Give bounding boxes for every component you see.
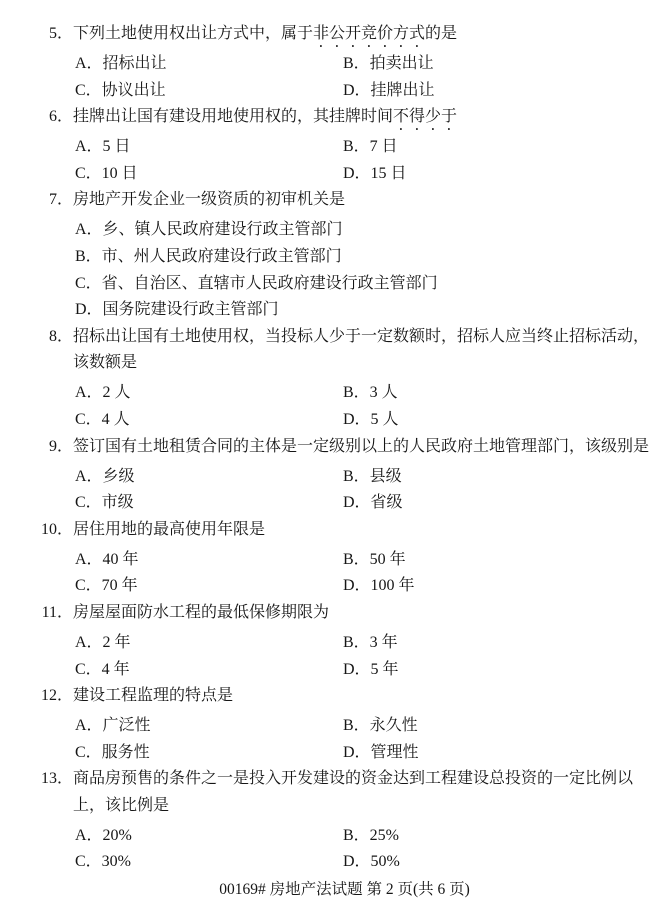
- option-b: B．7 日: [343, 134, 398, 161]
- question-number: 6．: [33, 104, 73, 131]
- option-d: D．5 年: [343, 657, 399, 684]
- question-number: 13．: [33, 766, 73, 793]
- question-stem: 挂牌出让国有建设用地使用权的，其挂牌时间不得少于: [73, 104, 457, 134]
- option-d: D．国务院建设行政主管部门: [75, 297, 279, 324]
- option-a: A．招标出让: [75, 51, 343, 78]
- option-a: A．广泛性: [75, 713, 343, 740]
- question-6: 6． 挂牌出让国有建设用地使用权的，其挂牌时间不得少于 A．5 日 B．7 日 …: [33, 104, 656, 187]
- stem-text: 居住用地的最高使用年限是: [73, 521, 265, 538]
- stem-text: 的是: [425, 25, 457, 42]
- option-c: C．协议出让: [75, 78, 343, 105]
- option-c: C．服务性: [75, 740, 343, 767]
- option-a: A．2 人: [75, 380, 343, 407]
- question-stem: 商品房预售的条件之一是投入开发建设的资金达到工程建设总投资的一定比例以上，该比例…: [73, 766, 656, 823]
- question-number: 12．: [33, 683, 73, 710]
- question-stem: 房屋屋面防水工程的最低保修期限为: [73, 600, 329, 630]
- question-number: 7．: [33, 187, 73, 214]
- stem-text: 房地产开发企业一级资质的初审机关是: [73, 191, 345, 208]
- question-number: 10．: [33, 517, 73, 544]
- option-b: B．县级: [343, 464, 402, 491]
- option-b: B．永久性: [343, 713, 418, 740]
- question-stem: 下列土地使用权出让方式中，属于非公开竞价方式的是: [73, 21, 457, 51]
- option-d: D．挂牌出让: [343, 78, 435, 105]
- question-number: 5．: [33, 21, 73, 48]
- question-10: 10． 居住用地的最高使用年限是 A．40 年 B．50 年 C．70 年 D．…: [33, 517, 656, 600]
- emphasized-text: 不得少于: [393, 108, 457, 125]
- option-b: B．拍卖出让: [343, 51, 434, 78]
- question-stem: 签订国有土地租赁合同的主体是一定级别以上的人民政府土地管理部门，该级别是: [73, 434, 649, 464]
- question-number: 11．: [33, 600, 73, 627]
- stem-text: 建设工程监理的特点是: [73, 687, 233, 704]
- option-b: B．50 年: [343, 547, 406, 574]
- emphasized-text: 非公开竞价方式: [313, 25, 425, 42]
- option-a: A．5 日: [75, 134, 343, 161]
- question-number: 9．: [33, 434, 73, 461]
- question-7: 7． 房地产开发企业一级资质的初审机关是 A．乡、镇人民政府建设行政主管部门 B…: [33, 187, 656, 323]
- option-b: B．3 年: [343, 630, 398, 657]
- question-stem: 居住用地的最高使用年限是: [73, 517, 265, 547]
- option-b: B．25%: [343, 823, 399, 850]
- stem-text: 房屋屋面防水工程的最低保修期限为: [73, 604, 329, 621]
- option-b: B．3 人: [343, 380, 398, 407]
- option-a: A．乡级: [75, 464, 343, 491]
- option-c: C．4 人: [75, 407, 343, 434]
- option-a: A．20%: [75, 823, 343, 850]
- option-c: C．市级: [75, 490, 343, 517]
- question-stem: 房地产开发企业一级资质的初审机关是: [73, 187, 345, 217]
- question-9: 9． 签订国有土地租赁合同的主体是一定级别以上的人民政府土地管理部门，该级别是 …: [33, 434, 656, 517]
- question-stem: 招标出让国有土地使用权，当投标人少于一定数额时，招标人应当终止招标活动，该数额是: [73, 324, 656, 381]
- option-d: D．50%: [343, 849, 400, 876]
- question-number: 8．: [33, 324, 73, 351]
- stem-text: 商品房预售的条件之一是投入开发建设的资金达到工程建设总投资的一定比例以上，该比例…: [73, 770, 633, 814]
- stem-text: 签订国有土地租赁合同的主体是一定级别以上的人民政府土地管理部门，该级别是: [73, 438, 649, 455]
- option-d: D．5 人: [343, 407, 399, 434]
- question-8: 8． 招标出让国有土地使用权，当投标人少于一定数额时，招标人应当终止招标活动，该…: [33, 324, 656, 434]
- option-c: C．30%: [75, 849, 343, 876]
- option-c: C．10 日: [75, 161, 343, 188]
- question-stem: 建设工程监理的特点是: [73, 683, 233, 713]
- question-5: 5． 下列土地使用权出让方式中，属于非公开竞价方式的是 A．招标出让 B．拍卖出…: [33, 21, 656, 104]
- option-c: C．省、自治区、直辖市人民政府建设行政主管部门: [75, 271, 438, 298]
- question-11: 11． 房屋屋面防水工程的最低保修期限为 A．2 年 B．3 年 C．4 年 D…: [33, 600, 656, 683]
- option-b: B．市、州人民政府建设行政主管部门: [75, 244, 342, 271]
- stem-text: 下列土地使用权出让方式中，属于: [73, 25, 313, 42]
- page-footer: 00169# 房地产法试题 第 2 页(共 6 页): [33, 877, 656, 903]
- question-12: 12． 建设工程监理的特点是 A．广泛性 B．永久性 C．服务性 D．管理性: [33, 683, 656, 766]
- option-d: D．省级: [343, 490, 403, 517]
- question-13: 13． 商品房预售的条件之一是投入开发建设的资金达到工程建设总投资的一定比例以上…: [33, 766, 656, 876]
- option-d: D．管理性: [343, 740, 419, 767]
- option-c: C．4 年: [75, 657, 343, 684]
- option-d: D．100 年: [343, 573, 415, 600]
- option-d: D．15 日: [343, 161, 407, 188]
- option-a: A．40 年: [75, 547, 343, 574]
- option-c: C．70 年: [75, 573, 343, 600]
- option-a: A．2 年: [75, 630, 343, 657]
- stem-text: 挂牌出让国有建设用地使用权的，其挂牌时间: [73, 108, 393, 125]
- stem-text: 招标出让国有土地使用权，当投标人少于一定数额时，招标人应当终止招标活动，该数额是: [73, 328, 649, 372]
- exam-page: 5． 下列土地使用权出让方式中，属于非公开竞价方式的是 A．招标出让 B．拍卖出…: [0, 0, 662, 903]
- option-a: A．乡、镇人民政府建设行政主管部门: [75, 217, 343, 244]
